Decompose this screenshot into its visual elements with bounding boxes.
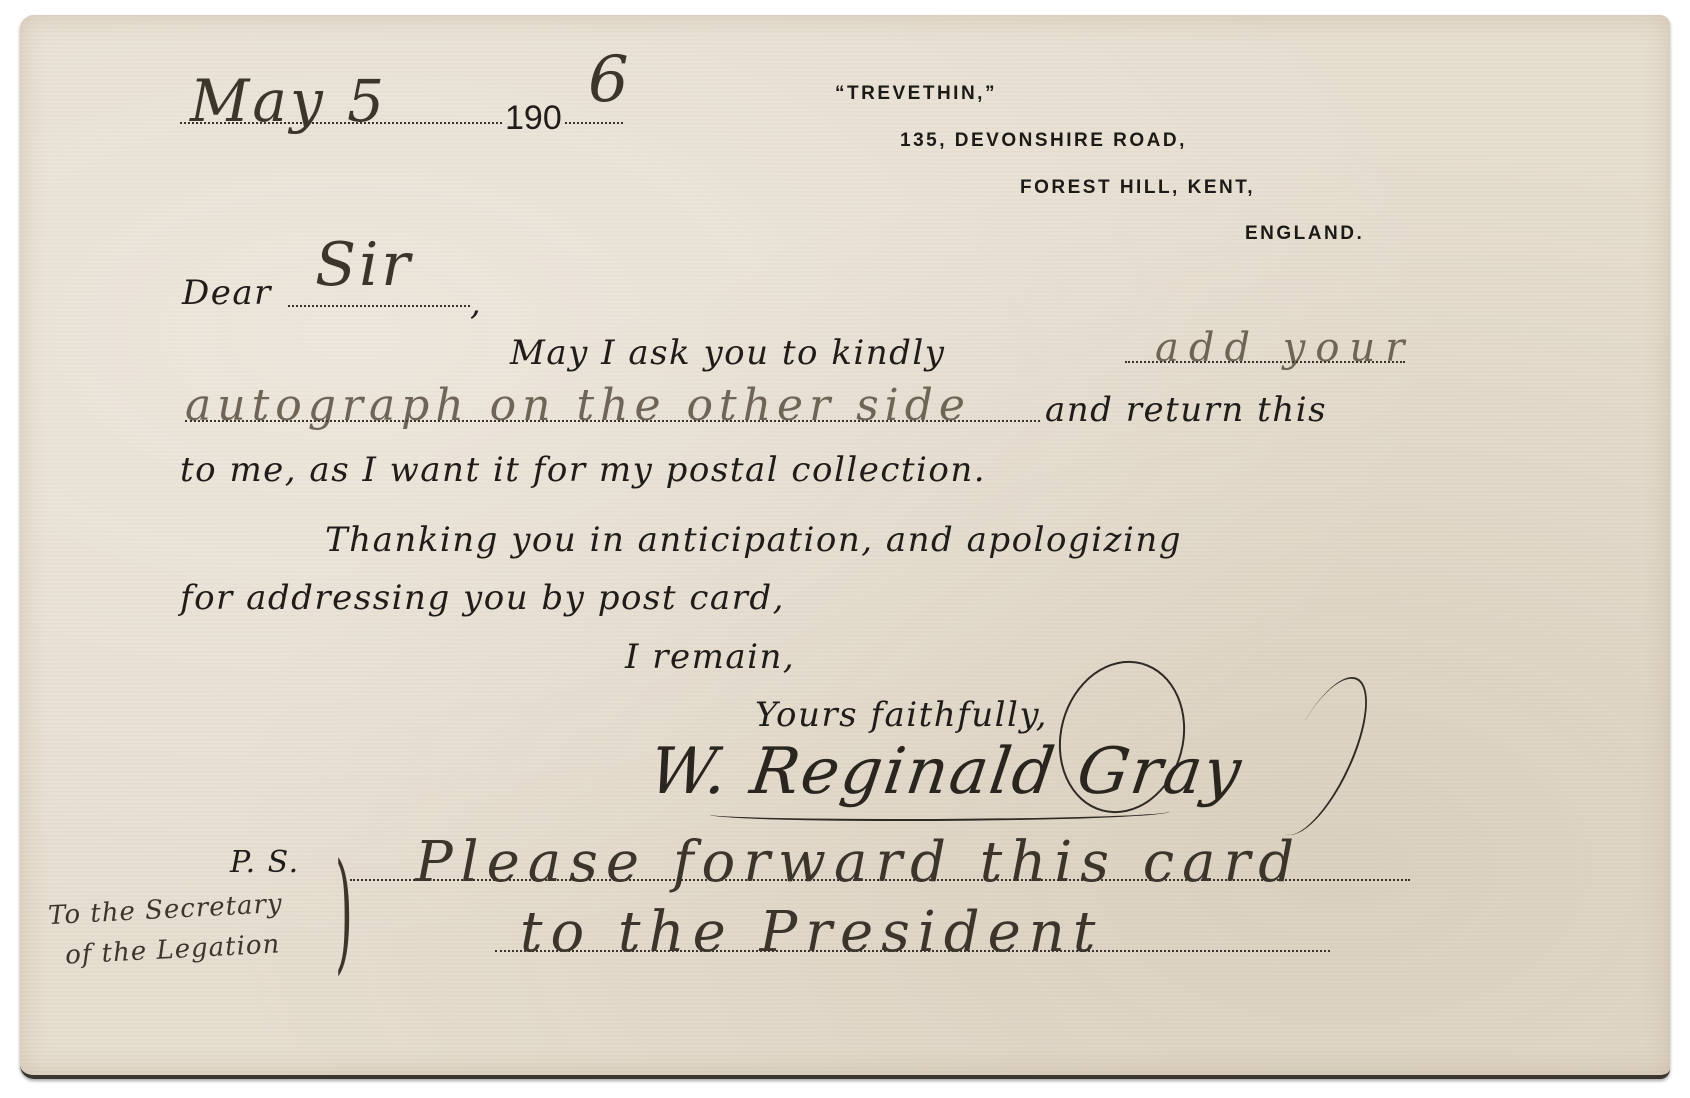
- body-line2-dotted-line: [185, 420, 1040, 422]
- date-dotted-line-end: [565, 122, 623, 124]
- date-dotted-line: [180, 122, 502, 124]
- postscript-label: P. S.: [230, 845, 300, 880]
- postscript-dotted-line1: [350, 879, 1410, 881]
- body-line2-handwritten: autograph on the other side: [185, 380, 971, 431]
- letterhead-house-name: “TREVETHIN,”: [835, 83, 997, 105]
- postscript-side-note-line2: of the Legation: [64, 929, 281, 970]
- body-line1-dotted-line: [1125, 361, 1405, 363]
- postscript-side-note-line1: To the Secretary: [47, 889, 283, 931]
- body-line4-printed: Thanking you in anticipation, and apolog…: [325, 520, 1182, 560]
- date-handwritten: May 5: [190, 67, 387, 135]
- salutation-printed: Dear: [182, 273, 272, 313]
- date-year-suffix: 6: [588, 43, 632, 117]
- letterhead-locality: FOREST HILL, KENT,: [1020, 177, 1255, 199]
- signature-underline: [710, 805, 1170, 821]
- letterhead-street: 135, DEVONSHIRE ROAD,: [900, 130, 1187, 152]
- postcard: May 5 190 6 “TREVETHIN,” 135, DEVONSHIRE…: [20, 15, 1670, 1079]
- body-line1-handwritten: add your: [1155, 325, 1414, 371]
- signature: W. Reginald Gray: [645, 735, 1247, 809]
- postscript-brace: ): [335, 835, 353, 987]
- postscript-handwritten-line1: Please forward this card: [415, 830, 1302, 895]
- salutation-dotted-line: [288, 305, 470, 307]
- body-line6-printed: I remain,: [625, 637, 795, 677]
- salutation-comma: ,: [470, 283, 482, 323]
- body-line1-printed: May I ask you to kindly: [510, 333, 946, 373]
- postscript-handwritten-line2: to the President: [520, 900, 1103, 965]
- signature-flourish-tail: [1257, 665, 1386, 847]
- salutation-handwritten: Sir: [315, 230, 413, 300]
- postscript-dotted-line2: [495, 950, 1330, 952]
- body-line2-printed: and return this: [1045, 390, 1327, 430]
- body-line5-printed: for addressing you by post card,: [180, 578, 785, 618]
- body-line7-printed: Yours faithfully,: [755, 695, 1048, 735]
- body-line3-printed: to me, as I want it for my postal collec…: [180, 450, 986, 490]
- letterhead-country: ENGLAND.: [1245, 223, 1364, 245]
- date-printed-year: 190: [505, 99, 562, 138]
